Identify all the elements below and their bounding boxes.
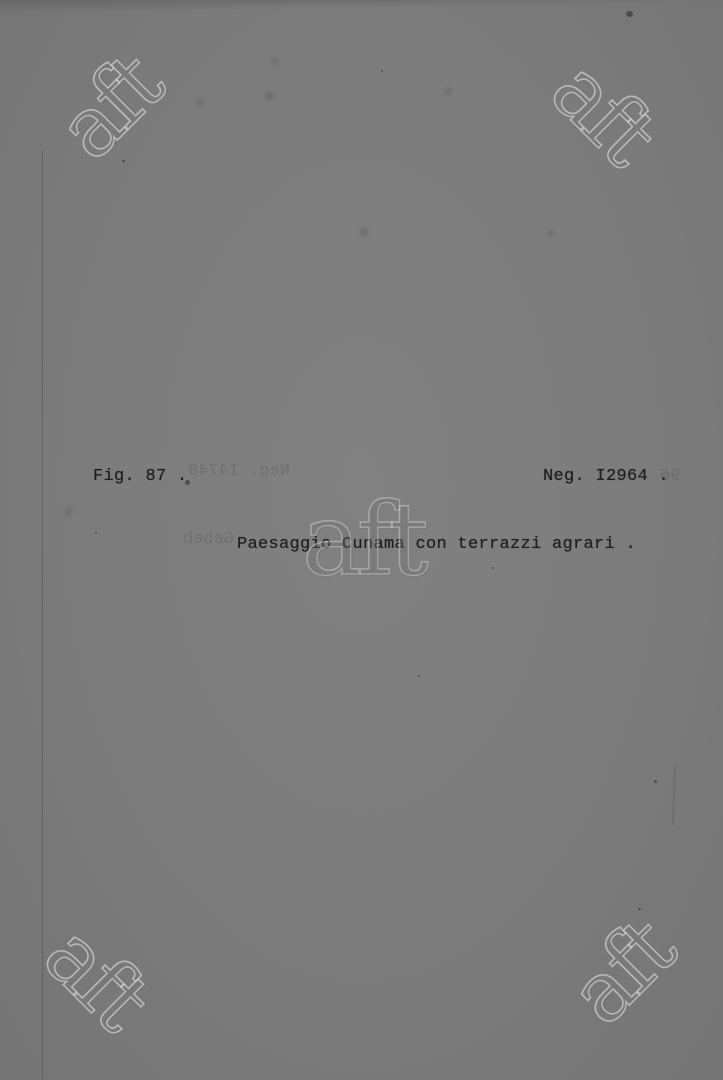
left-margin-line xyxy=(42,150,43,1080)
bleed-through-text: Neg. I4748 xyxy=(188,462,290,481)
figure-number: Fig. 87 . xyxy=(93,467,188,486)
dust-speck xyxy=(654,780,657,783)
scanned-document-page: Neg. I4748 Gebeb 96 Fig. 87 . Neg. I2964… xyxy=(0,0,723,1080)
paper-stain xyxy=(360,228,368,236)
paper-stain xyxy=(272,58,278,64)
dust-speck xyxy=(626,11,633,17)
dust-speck xyxy=(418,675,420,677)
watermark-logo: aft xyxy=(537,46,669,178)
watermark-logo: aft xyxy=(43,41,175,173)
dust-speck xyxy=(638,908,641,910)
watermark-logo: aft xyxy=(302,490,424,590)
dust-speck xyxy=(492,567,494,569)
dust-speck xyxy=(95,532,97,534)
paper-stain xyxy=(65,508,72,515)
negative-number: Neg. I2964 . xyxy=(543,467,669,486)
paper-stain xyxy=(548,230,554,236)
watermark-logo: aft xyxy=(30,911,162,1043)
paper-stain xyxy=(196,100,203,106)
watermark-logo: aft xyxy=(555,906,687,1038)
figure-caption: Paesaggio Cunama con terrazzi agrari . xyxy=(237,535,636,554)
bleed-through-text: Gebeb xyxy=(183,530,234,549)
paper-stain xyxy=(445,88,452,94)
dust-speck xyxy=(381,70,383,72)
paper-top-edge-shadow xyxy=(0,0,723,14)
paper-stain xyxy=(265,92,274,100)
paper-scratch-mark xyxy=(672,765,676,825)
